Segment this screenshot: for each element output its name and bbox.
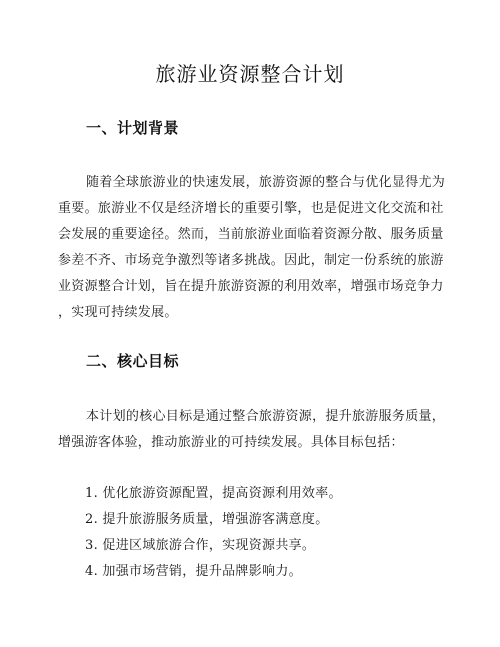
goal-list-item: 3. 促进区域旅游合作，实现资源共享。 (85, 535, 315, 557)
paragraph-line: 增强游客体验，推动旅游业的可持续发展。具体目标包括： (58, 430, 404, 456)
document-title: 旅游业资源整合计划 (0, 62, 500, 86)
paragraph-line: 重要。旅游业不仅是经济增长的重要引擎，也是促进文化交流和社 (58, 196, 444, 222)
goal-list-item: 2. 提升旅游服务质量，增强游客满意度。 (85, 509, 329, 531)
goal-list-item: 1. 优化旅游资源配置，提高资源利用效率。 (85, 483, 342, 505)
paragraph-line: 本计划的核心目标是通过整合旅游资源，提升旅游服务质量， (86, 404, 445, 430)
paragraph-line: 参差不齐、市场竞争激烈等诸多挑战。因此，制定一份系统的旅游 (58, 248, 444, 274)
paragraph-line: ，实现可持续发展。 (58, 300, 178, 326)
section-heading-background: 一、计划背景 (86, 118, 179, 138)
goal-list-item: 4. 加强市场营销，提升品牌影响力。 (85, 561, 302, 583)
paragraph-line: 业资源整合计划，旨在提升旅游资源的利用效率，增强市场竞争力 (58, 274, 444, 300)
paragraph-line: 会发展的重要途径。然而，当前旅游业面临着资源分散、服务质量 (58, 222, 444, 248)
paragraph-line: 随着全球旅游业的快速发展，旅游资源的整合与优化显得尤为 (86, 170, 445, 196)
document-page: 旅游业资源整合计划 一、计划背景 随着全球旅游业的快速发展，旅游资源的整合与优化… (0, 0, 500, 647)
section-heading-core-goals: 二、核心目标 (86, 351, 179, 371)
